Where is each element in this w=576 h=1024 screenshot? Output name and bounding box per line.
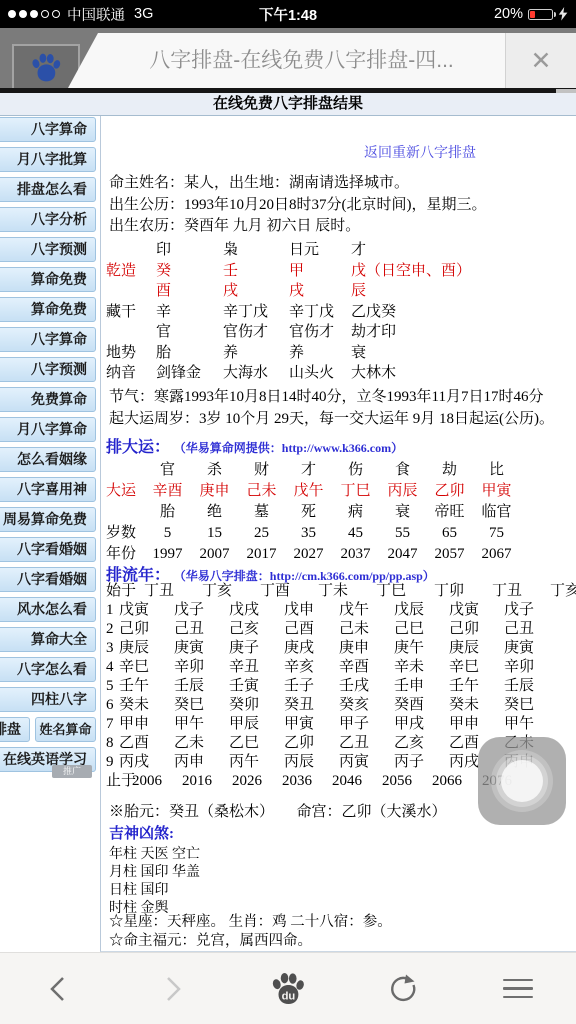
assistive-touch-core bbox=[501, 760, 543, 802]
liunian-row-label: 始于 bbox=[106, 582, 144, 601]
liunian-cell: 辛巳 bbox=[449, 658, 504, 677]
liunian-cell: 丁酉 bbox=[260, 582, 318, 601]
extra-info-line: ☆星座：天秤座。 生肖：鸡 二十八宿：参。 bbox=[109, 913, 392, 932]
liunian-cell: 丙寅 bbox=[339, 753, 394, 772]
liunian-cell: 甲子 bbox=[339, 715, 394, 734]
pillar-cell: 大林木 bbox=[351, 363, 471, 384]
sidebar-link[interactable]: 八字分析 bbox=[0, 207, 96, 232]
liunian-cell: 壬午 bbox=[119, 677, 174, 696]
liunian-cell: 戊申 bbox=[284, 601, 339, 620]
liunian-cell: 癸酉 bbox=[394, 696, 449, 715]
sidebar-list: 八字算命 月八字批算 排盘怎么看 八字分析 八字预测 算命免费 算命免费 八字算… bbox=[0, 117, 100, 712]
pillar-row: 乾造 癸 壬 甲 戊（日空申、酉） bbox=[106, 261, 471, 282]
liunian-cell: 壬午 bbox=[449, 677, 504, 696]
dayun-cell: 食 bbox=[379, 460, 426, 481]
page-title: 在线免费八字排盘结果 bbox=[213, 95, 363, 112]
taiyuan-line: ※胎元：癸丑（桑松木） 命宫：乙卯（大溪水） bbox=[109, 800, 447, 821]
sidebar-link[interactable]: 排盘怎么看 bbox=[0, 177, 96, 202]
liunian-cell: 辛酉 bbox=[339, 658, 394, 677]
liunian-cell: 己酉 bbox=[284, 620, 339, 639]
liunian-cell: 丙午 bbox=[229, 753, 284, 772]
tab-title: 八字排盘-在线免费八字排盘-四... bbox=[98, 33, 505, 88]
liunian-cell: 丁未 bbox=[318, 582, 376, 601]
pillar-cell: 辰 bbox=[351, 281, 471, 302]
dayun-cell: 5 bbox=[144, 523, 191, 544]
jieqi-block: 节气：寒露1993年10月8日14时40分，立冬1993年11月7日17时46分… bbox=[109, 386, 554, 430]
birth-info-line: 出生公历：1993年10月20日8时37分(北京时间)，星期三。 bbox=[109, 195, 487, 217]
pillar-cell: 戊（日空申、酉） bbox=[351, 261, 471, 282]
liunian-cell: 庚午 bbox=[394, 639, 449, 658]
sidebar-link[interactable]: 风水怎么看 bbox=[0, 597, 96, 622]
liunian-cell: 戊戌 bbox=[229, 601, 284, 620]
liunian-cell: 庚辰 bbox=[449, 639, 504, 658]
dayun-cell: 衰 bbox=[379, 502, 426, 523]
dayun-cell: 墓 bbox=[238, 502, 285, 523]
liunian-cell: 甲申 bbox=[119, 715, 174, 734]
liunian-row: 5 壬午 壬辰 壬寅 壬子 壬戌 壬申 壬午 壬辰 bbox=[106, 677, 576, 696]
liunian-cell: 癸丑 bbox=[284, 696, 339, 715]
dayun-cell: 甲寅 bbox=[473, 481, 520, 502]
liunian-cell: 庚辰 bbox=[119, 639, 174, 658]
pillar-cell: 辛丁戊 bbox=[223, 302, 289, 323]
dayun-cell: 己未 bbox=[238, 481, 285, 502]
liunian-cell: 2006 bbox=[132, 772, 182, 791]
jieqi-line: 节气：寒露1993年10月8日14时40分，立冬1993年11月7日17时46分 bbox=[109, 386, 554, 408]
pillar-cell: 癸 bbox=[156, 261, 223, 282]
ad-badge: 推广 bbox=[52, 765, 92, 778]
liunian-cell: 癸卯 bbox=[229, 696, 284, 715]
liunian-row-label: 3 bbox=[106, 639, 119, 658]
liunian-row-label: 8 bbox=[106, 734, 119, 753]
battery-percent-label: 20% bbox=[494, 6, 523, 22]
dayun-cell: 15 bbox=[191, 523, 238, 544]
dayun-cell: 65 bbox=[426, 523, 473, 544]
pillar-cell: 枭 bbox=[223, 240, 289, 261]
liunian-row-label: 5 bbox=[106, 677, 119, 696]
dayun-row: 大运 辛酉 庚申 己未 戊午 丁巳 丙辰 乙卯 甲寅 bbox=[106, 481, 520, 502]
sidebar-link[interactable]: 八字喜用神 bbox=[0, 477, 96, 502]
shensha-line: 月柱 国印 华盖 bbox=[109, 864, 200, 882]
liunian-cell: 2056 bbox=[382, 772, 432, 791]
dayun-row: 官 杀 财 才 伤 食 劫 比 bbox=[106, 460, 520, 481]
dayun-cell: 杀 bbox=[191, 460, 238, 481]
liunian-cell: 壬辰 bbox=[174, 677, 229, 696]
carrier-label: 中国联通 bbox=[67, 4, 125, 25]
pillar-cell: 戌 bbox=[223, 281, 289, 302]
birth-info: 命主姓名：某人，出生地：湖南请选择城市。出生公历：1993年10月20日8时37… bbox=[109, 173, 487, 238]
liunian-cell: 癸未 bbox=[119, 696, 174, 715]
sidebar-link[interactable]: 周易算命免费 bbox=[0, 507, 96, 532]
sidebar-link[interactable]: 八字算命 bbox=[0, 117, 96, 142]
liunian-cell: 2016 bbox=[182, 772, 232, 791]
phone-screen: 中国联通 3G 下午1:48 20% 八字排盘-在线免费八字排盘-四... ✕ bbox=[0, 0, 576, 1024]
dayun-cell: 临官 bbox=[473, 502, 520, 523]
sidebar-link[interactable]: 四柱八字 bbox=[0, 687, 96, 712]
dayun-cell: 55 bbox=[379, 523, 426, 544]
pillar-cell: 戌 bbox=[289, 281, 351, 302]
charging-bolt-icon bbox=[558, 7, 568, 21]
dayun-cell: 帝旺 bbox=[426, 502, 473, 523]
liunian-cell: 戊子 bbox=[174, 601, 229, 620]
forward-chevron-icon bbox=[162, 973, 184, 1005]
liunian-cell: 甲申 bbox=[449, 715, 504, 734]
network-type-label: 3G bbox=[134, 6, 153, 22]
liunian-cell: 乙酉 bbox=[119, 734, 174, 753]
dayun-source-link[interactable]: （华易算命网提供：http://www.k366.com） bbox=[174, 441, 403, 455]
liunian-row: 4 辛巳 辛卯 辛丑 辛亥 辛酉 辛未 辛巳 辛卯 bbox=[106, 658, 576, 677]
extra-info: ☆星座：天秤座。 生肖：鸡 二十八宿：参。☆命主福元：兑宫，属西四命。 bbox=[109, 913, 392, 951]
dayun-row: 岁数 5 15 25 35 45 55 65 75 bbox=[106, 523, 520, 544]
tab-close-button[interactable]: ✕ bbox=[505, 33, 576, 88]
browser-tab-bar: 八字排盘-在线免费八字排盘-四... ✕ bbox=[0, 28, 576, 88]
liunian-row: 6 癸未 癸巳 癸卯 癸丑 癸亥 癸酉 癸未 癸巳 bbox=[106, 696, 576, 715]
status-bar: 中国联通 3G 下午1:48 20% bbox=[0, 0, 576, 28]
sidebar-link[interactable]: 八字看婚姻 bbox=[0, 567, 96, 592]
liunian-cell: 辛未 bbox=[394, 658, 449, 677]
liunian-cell: 己亥 bbox=[229, 620, 284, 639]
liunian-cell: 己卯 bbox=[449, 620, 504, 639]
liunian-cell: 己巳 bbox=[394, 620, 449, 639]
shensha-block: 吉神凶煞: 年柱 天医 空亡月柱 国印 华盖日柱 国印时柱 金舆 bbox=[109, 822, 200, 918]
liunian-row: 2 己卯 己丑 己亥 己酉 己未 己巳 己卯 己丑 bbox=[106, 620, 576, 639]
dayun-cell: 胎 bbox=[144, 502, 191, 523]
close-icon: ✕ bbox=[531, 46, 552, 76]
pillar-row-label: 乾造 bbox=[106, 261, 156, 282]
sidebar-ad-links: 八字算命 月八字批算 排盘怎么看 八字分析 八字预测 算命免费 算命免费 八字算… bbox=[0, 117, 100, 787]
back-chevron-icon bbox=[47, 973, 69, 1005]
pillar-cell: 辛 bbox=[156, 302, 223, 323]
liunian-cell: 甲辰 bbox=[229, 715, 284, 734]
dayun-row: 胎 绝 墓 死 病 衰 帝旺 临官 bbox=[106, 502, 520, 523]
sidebar-link[interactable]: 怎么看姻缘 bbox=[0, 447, 96, 472]
dayun-cell: 财 bbox=[238, 460, 285, 481]
liunian-source-link[interactable]: （华易八字排盘：http://cm.k366.com/pp/pp.asp） bbox=[174, 569, 435, 583]
sidebar-link[interactable]: 八字怎么看 bbox=[0, 657, 96, 682]
signal-strength-icon bbox=[8, 10, 60, 18]
liunian-cell: 戊午 bbox=[339, 601, 394, 620]
pillar-row-label bbox=[106, 322, 156, 343]
dayun-cell: 25 bbox=[238, 523, 285, 544]
baidu-paw-du-icon: du bbox=[269, 971, 307, 1006]
liunian-cell: 癸未 bbox=[449, 696, 504, 715]
pillar-cell: 劫才印 bbox=[351, 322, 471, 343]
baidu-paw-icon bbox=[29, 52, 63, 83]
liunian-cell: 甲午 bbox=[504, 715, 559, 734]
liunian-cell: 己丑 bbox=[174, 620, 229, 639]
sidebar-link-name-suanming[interactable]: 姓名算命 bbox=[35, 717, 96, 742]
liunian-cell: 乙卯 bbox=[284, 734, 339, 753]
liunian-cell: 乙丑 bbox=[339, 734, 394, 753]
liunian-cell: 甲寅 bbox=[284, 715, 339, 734]
liunian-cell: 癸巳 bbox=[174, 696, 229, 715]
pillar-row-label bbox=[106, 281, 156, 302]
dayun-cell: 75 bbox=[473, 523, 520, 544]
pillar-row: 纳音 剑锋金 大海水 山头火 大林木 bbox=[106, 363, 471, 384]
refresh-icon bbox=[387, 973, 419, 1005]
liunian-row: 7 甲申 甲午 甲辰 甲寅 甲子 甲戌 甲申 甲午 bbox=[106, 715, 576, 734]
dayun-cell: 35 bbox=[285, 523, 332, 544]
liunian-row-label: 7 bbox=[106, 715, 119, 734]
assistive-touch-ring bbox=[491, 750, 553, 812]
dayun-cell: 戊午 bbox=[285, 481, 332, 502]
pillar-cell: 酉 bbox=[156, 281, 223, 302]
pillar-cell: 大海水 bbox=[223, 363, 289, 384]
liunian-cell: 丙辰 bbox=[284, 753, 339, 772]
battery-icon bbox=[528, 9, 553, 20]
pillar-cell: 乙戊癸 bbox=[351, 302, 471, 323]
liunian-cell: 辛卯 bbox=[174, 658, 229, 677]
sidebar-link-paipan[interactable]: 排盘 bbox=[0, 717, 30, 742]
shensha-line: 日柱 国印 bbox=[109, 882, 200, 900]
sidebar-link[interactable]: 月八字算命 bbox=[0, 417, 96, 442]
liunian-cell: 癸巳 bbox=[504, 696, 559, 715]
liunian-row-label: 6 bbox=[106, 696, 119, 715]
liunian-cell: 壬申 bbox=[394, 677, 449, 696]
liunian-cell: 2026 bbox=[232, 772, 282, 791]
liunian-cell: 庚寅 bbox=[174, 639, 229, 658]
liunian-row-label: 9 bbox=[106, 753, 119, 772]
dayun-cell: 才 bbox=[285, 460, 332, 481]
dayun-label: 排大运： bbox=[106, 439, 170, 456]
pillar-cell: 衰 bbox=[351, 343, 471, 364]
liunian-cell: 甲午 bbox=[174, 715, 229, 734]
baidu-home-button[interactable]: du bbox=[230, 953, 345, 1024]
liunian-cell: 丁卯 bbox=[434, 582, 492, 601]
qiyun-line: 起大运周岁：3岁 10个月 29天，每一交大运年 9月 18日起运(公历)。 bbox=[109, 408, 554, 430]
dayun-table: 官 杀 财 才 伤 食 劫 比 大运 辛酉 庚申 己未 戊午 丁巳 丙 bbox=[106, 460, 520, 565]
birth-info-line: 出生农历：癸酉年 九月 初六日 辰时。 bbox=[109, 216, 487, 238]
hamburger-menu-icon bbox=[503, 979, 533, 999]
sidebar-link[interactable]: 算命大全 bbox=[0, 627, 96, 652]
liunian-cell: 壬子 bbox=[284, 677, 339, 696]
pillar-cell: 官 bbox=[156, 322, 223, 343]
sidebar-link[interactable]: 月八字批算 bbox=[0, 147, 96, 172]
pillar-row-label: 藏干 bbox=[106, 302, 156, 323]
pillar-cell: 官伤才 bbox=[289, 322, 351, 343]
liunian-cell: 己丑 bbox=[504, 620, 559, 639]
dayun-cell: 病 bbox=[332, 502, 379, 523]
liunian-cell: 戊子 bbox=[504, 601, 559, 620]
liunian-cell: 庚寅 bbox=[504, 639, 559, 658]
pillar-cell: 养 bbox=[289, 343, 351, 364]
pillar-cell: 壬 bbox=[223, 261, 289, 282]
dayun-row-label: 岁数 bbox=[106, 523, 144, 544]
liunian-cell: 己卯 bbox=[119, 620, 174, 639]
sidebar-pair-row: 排盘 姓名算命 bbox=[0, 717, 96, 742]
pillar-cell: 印 bbox=[156, 240, 223, 261]
dayun-cell: 45 bbox=[332, 523, 379, 544]
liunian-row-label: 2 bbox=[106, 620, 119, 639]
four-pillars-table: 印 枭 日元 才 乾造 癸 壬 甲 戊（日空申、酉） 酉 戌 bbox=[106, 240, 471, 384]
birth-info-line: 命主姓名：某人，出生地：湖南请选择城市。 bbox=[109, 173, 487, 195]
dayun-cell: 比 bbox=[473, 460, 520, 481]
pillar-row-label bbox=[106, 240, 156, 261]
liunian-cell: 丁亥 bbox=[550, 582, 576, 601]
pillar-cell: 胎 bbox=[156, 343, 223, 364]
menu-button[interactable] bbox=[461, 953, 576, 1024]
pillar-row: 藏干 辛 辛丁戊 辛丁戊 乙戊癸 bbox=[106, 302, 471, 323]
liunian-cell: 辛亥 bbox=[284, 658, 339, 677]
pillar-row-label: 纳音 bbox=[106, 363, 156, 384]
pillar-row: 印 枭 日元 才 bbox=[106, 240, 471, 261]
pillar-cell: 才 bbox=[351, 240, 471, 261]
dayun-cell: 乙卯 bbox=[426, 481, 473, 502]
assistive-touch-ring-inner bbox=[496, 755, 548, 807]
liunian-row-label: 4 bbox=[106, 658, 119, 677]
dayun-cell: 劫 bbox=[426, 460, 473, 481]
sidebar-link[interactable]: 免费算命 bbox=[0, 387, 96, 412]
redo-bazi-link[interactable]: 返回重新八字排盘 bbox=[364, 142, 476, 162]
liunian-cell: 乙未 bbox=[174, 734, 229, 753]
dayun-cell: 丙辰 bbox=[379, 481, 426, 502]
liunian-cell: 2046 bbox=[332, 772, 382, 791]
liunian-cell: 丁丑 bbox=[492, 582, 550, 601]
liunian-cell: 戊寅 bbox=[119, 601, 174, 620]
pillar-row: 官 官伤才 官伤才 劫才印 bbox=[106, 322, 471, 343]
liunian-cell: 辛卯 bbox=[504, 658, 559, 677]
pillar-cell: 日元 bbox=[289, 240, 351, 261]
sidebar-link[interactable]: 八字预测 bbox=[0, 357, 96, 382]
liunian-row: 3 庚辰 庚寅 庚子 庚戌 庚申 庚午 庚辰 庚寅 bbox=[106, 639, 576, 658]
shensha-lines: 年柱 天医 空亡月柱 国印 华盖日柱 国印时柱 金舆 bbox=[109, 846, 200, 918]
sidebar-link[interactable]: 算命免费 bbox=[0, 297, 96, 322]
pillar-row-label: 地势 bbox=[106, 343, 156, 364]
liunian-cell: 丙申 bbox=[174, 753, 229, 772]
liunian-row-label: 止于 bbox=[106, 772, 132, 791]
liunian-cell: 壬戌 bbox=[339, 677, 394, 696]
liunian-cell: 壬辰 bbox=[504, 677, 559, 696]
dayun-cell: 伤 bbox=[332, 460, 379, 481]
dayun-section-header: 排大运： （华易算命网提供：http://www.k366.com） bbox=[106, 434, 403, 457]
dayun-row-label bbox=[106, 502, 144, 523]
forward-button[interactable] bbox=[115, 953, 230, 1024]
extra-info-line: ☆命主福元：兑宫，属西四命。 bbox=[109, 932, 392, 951]
dayun-row-label bbox=[106, 460, 144, 481]
dayun-cell: 官 bbox=[144, 460, 191, 481]
pillar-cell: 剑锋金 bbox=[156, 363, 223, 384]
browser-toolbar: du bbox=[0, 952, 576, 1024]
liunian-cell: 丙戌 bbox=[119, 753, 174, 772]
pillar-cell: 山头火 bbox=[289, 363, 351, 384]
dayun-cell: 2067 bbox=[473, 544, 520, 565]
dayun-cell: 庚申 bbox=[191, 481, 238, 502]
dayun-cell: 绝 bbox=[191, 502, 238, 523]
page-title-bar: 在线免费八字排盘结果 bbox=[0, 93, 576, 116]
liunian-cell: 2066 bbox=[432, 772, 482, 791]
liunian-cell: 丁丑 bbox=[144, 582, 202, 601]
pillar-row: 酉 戌 戌 辰 bbox=[106, 281, 471, 302]
dayun-row-label: 大运 bbox=[106, 481, 144, 502]
liunian-cell: 戊寅 bbox=[449, 601, 504, 620]
pillar-cell: 养 bbox=[223, 343, 289, 364]
liunian-cell: 乙亥 bbox=[394, 734, 449, 753]
sidebar-link[interactable]: 八字看婚姻 bbox=[0, 537, 96, 562]
bazi-result-content: 返回重新八字排盘 命主姓名：某人，出生地：湖南请选择城市。出生公历：1993年1… bbox=[100, 116, 576, 952]
pillar-cell: 辛丁戊 bbox=[289, 302, 351, 323]
pillar-cell: 甲 bbox=[289, 261, 351, 282]
liunian-cell: 辛巳 bbox=[119, 658, 174, 677]
liunian-cell: 2036 bbox=[282, 772, 332, 791]
active-tab[interactable]: 八字排盘-在线免费八字排盘-四... bbox=[98, 33, 505, 88]
pillar-cell: 官伤才 bbox=[223, 322, 289, 343]
liunian-cell: 癸亥 bbox=[339, 696, 394, 715]
liunian-cell: 甲戌 bbox=[394, 715, 449, 734]
liunian-cell: 庚子 bbox=[229, 639, 284, 658]
assistive-touch-button[interactable] bbox=[478, 737, 566, 825]
liunian-row: 1 戊寅 戊子 戊戌 戊申 戊午 戊辰 戊寅 戊子 bbox=[106, 601, 576, 620]
dayun-cell: 死 bbox=[285, 502, 332, 523]
liunian-row: 始于 丁丑 丁亥 丁酉 丁未 丁巳 丁卯 丁丑 丁亥 bbox=[106, 582, 576, 601]
shensha-label: 吉神凶煞: bbox=[109, 822, 200, 843]
dayun-cell: 辛酉 bbox=[144, 481, 191, 502]
sidebar-link[interactable]: 算命免费 bbox=[0, 267, 96, 292]
liunian-cell: 戊辰 bbox=[394, 601, 449, 620]
back-button[interactable] bbox=[0, 953, 115, 1024]
liunian-cell: 庚戌 bbox=[284, 639, 339, 658]
sidebar-link[interactable]: 八字算命 bbox=[0, 327, 96, 352]
liunian-cell: 丙子 bbox=[394, 753, 449, 772]
pillar-row: 地势 胎 养 养 衰 bbox=[106, 343, 471, 364]
sidebar-link[interactable]: 八字预测 bbox=[0, 237, 96, 262]
liunian-row-label: 1 bbox=[106, 601, 119, 620]
liunian-cell: 乙巳 bbox=[229, 734, 284, 753]
liunian-cell: 丁亥 bbox=[202, 582, 260, 601]
liunian-cell: 辛丑 bbox=[229, 658, 284, 677]
liunian-cell: 己未 bbox=[339, 620, 394, 639]
svg-text:du: du bbox=[282, 991, 296, 1003]
dayun-cell: 丁巳 bbox=[332, 481, 379, 502]
liunian-cell: 庚申 bbox=[339, 639, 394, 658]
liunian-cell: 壬寅 bbox=[229, 677, 284, 696]
refresh-button[interactable] bbox=[346, 953, 461, 1024]
liunian-cell: 丁巳 bbox=[376, 582, 434, 601]
shensha-line: 年柱 天医 空亡 bbox=[109, 846, 200, 864]
